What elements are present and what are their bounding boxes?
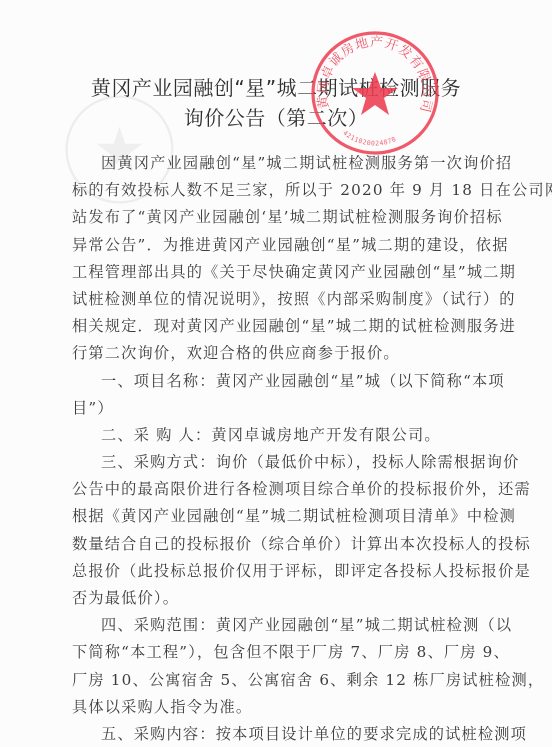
body-line: 根据《黄冈产业园融创“星”城二期试桩检测项目清单》中检测 [72,503,482,530]
body-line: 站发布了“黄冈产业园融创‘星’城二期试桩检测服务询价招标 [72,204,482,231]
body-line: 试桩检测单位的情况说明》，按照《内部采购制度》（试行）的 [72,286,482,313]
body-line: 因黄冈产业园融创“星”城二期试桩检测服务第一次询价招 [72,150,482,177]
body-line: 异常公告”．为推进黄冈产业园融创“星”城二期的建设，依据 [72,232,482,259]
body-line: 行第二次询价，欢迎合格的供应商参于报价。 [72,340,482,367]
body-line: 总报价（此投标总报价仅用于评标，即评定各投标人投标报价是 [72,558,482,585]
body-line: 数量结合自己的投标报价（综合单价）计算出本次投标人的投标 [72,531,482,558]
body-line: 厂房 10、公寓宿舍 5、公寓宿舍 6、剩余 12 栋厂房试桩检测， [72,667,482,694]
body-line: 否为最低价）。 [72,585,482,612]
body-line: 具体以采购人指令为准。 [72,694,482,721]
body-line: 工程管理部出具的《关于尽快确定黄冈产业园融创“星”城二期 [72,259,482,286]
section-procurement-content: 五、采购内容：按本项目设计单位的要求完成的试桩检测项 [72,721,482,747]
document-title-line-2: 询价公告（第二次） [0,102,552,131]
body-line: 相关规定．现对黄冈产业园融创“星”城二期的试桩检测服务进 [72,313,482,340]
document-title-line-1: 黄冈产业园融创“星”城二期试桩检测服务 [0,72,552,101]
svg-text:4211020024878: 4211020024878 [341,129,397,148]
section-project-name: 一、项目名称：黄冈产业园融创“星”城（以下简称“本项 [72,368,482,395]
body-line: 目”） [72,395,482,422]
document-body: 因黄冈产业园融创“星”城二期试桩检测服务第一次询价招 标的有效投标人数不足三家，… [72,150,482,747]
section-procurement-method: 三、采购方式：询价（最低价中标），投标人除需根据询价 [72,449,482,476]
body-line: 标的有效投标人数不足三家，所以于 2020 年 9 月 18 日在公司网 [72,177,482,204]
body-line: 公告中的最高限价进行各检测项目综合单价的投标报价外，还需 [72,476,482,503]
document-page: 黄冈产业园融创“星”城二期试桩检测服务 询价公告（第二次） 黄冈卓诚房地产开发有… [0,0,552,747]
section-procurement-scope: 四、采购范围：黄冈产业园融创“星”城二期试桩检测（以 [72,612,482,639]
section-purchaser: 二、采 购 人：黄冈卓诚房地产开发有限公司。 [72,422,482,449]
body-line: 下简称“本工程”），包含但不限于厂房 7、厂房 8、厂房 9、 [72,639,482,666]
